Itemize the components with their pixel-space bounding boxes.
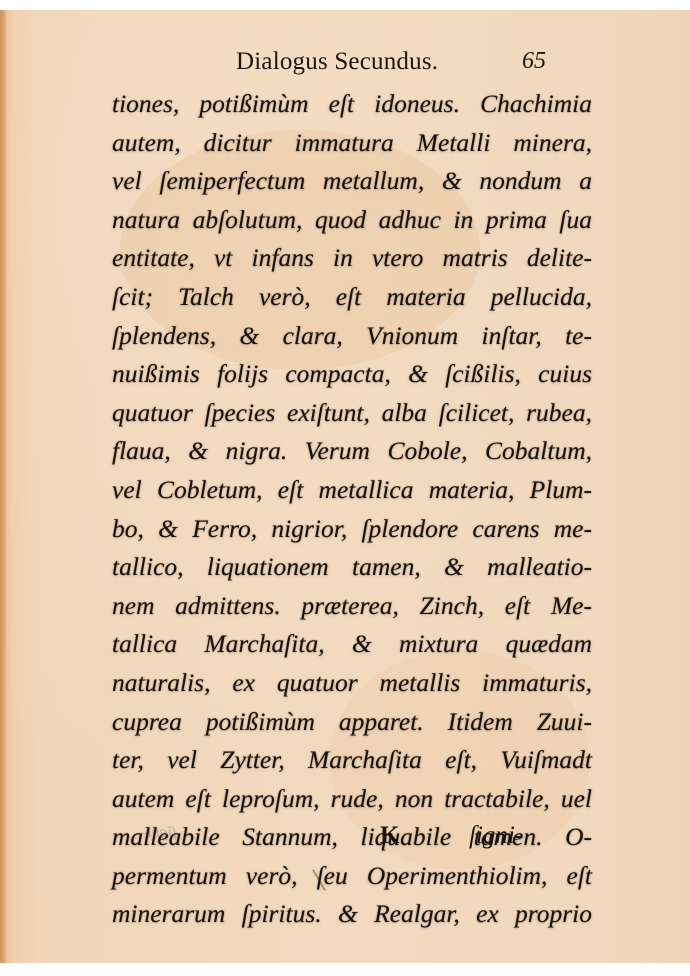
text-line: vel Cobletum, eſt metallica materia, Plu… xyxy=(112,471,592,510)
text-line: autem, dicitur immatura Metalli minera, xyxy=(112,124,592,163)
text-line: minerarum ſpiritus. & Realgar, ex propri… xyxy=(112,895,592,934)
text-line: tallico, liquationem tamen, & malleatio- xyxy=(112,548,592,587)
page-number: 65 xyxy=(522,48,546,75)
text-line: tiones, potißimùm eſt idoneus. Chachimia xyxy=(112,85,592,124)
text-line: ſcit; Talch verò, eſt materia pellucida, xyxy=(112,278,592,317)
text-line: nem admittens. præterea, Zinch, eſt Me- xyxy=(112,587,592,626)
text-line: nuißimis folijs compacta, & ſcißilis, cu… xyxy=(112,355,592,394)
body-text: tiones, potißimùm eſt idoneus. Chachimia… xyxy=(112,85,592,934)
text-line: permentum verò, ſeu Operimenthiolim, eſt xyxy=(112,857,592,896)
bleed-through-text: ſigni- xyxy=(142,824,177,842)
text-line: autem eſt leproſum, rude, non tractabile… xyxy=(112,780,592,819)
text-line: flaua, & nigra. Verum Cobole, Cobaltum, xyxy=(112,432,592,471)
catchword: ſigni- xyxy=(469,822,523,850)
book-page: Dialogus Secundus. 65 tiones, potißimùm … xyxy=(0,10,690,963)
text-line: tallica Marchaſita, & mixtura quædam xyxy=(112,625,592,664)
text-line: ter, vel Zytter, Marchaſita eſt, Vuiſmad… xyxy=(112,741,592,780)
text-line: ſplendens, & clara, Vnionum inſtar, te- xyxy=(112,317,592,356)
text-line: naturalis, ex quatuor metallis immaturis… xyxy=(112,664,592,703)
running-head: Dialogus Secundus. xyxy=(236,48,438,76)
signature-mark: K xyxy=(380,822,399,850)
text-line: entitate, vt infans in vtero matris deli… xyxy=(112,239,592,278)
text-line: bo, & Ferro, nigrior, ſplendore carens m… xyxy=(112,510,592,549)
text-line: cuprea potißimùm apparet. Itidem Zuui- xyxy=(112,703,592,742)
page-footer: ſigni- K ſigni- xyxy=(112,822,592,858)
text-line: quatuor ſpecies exiſtunt, alba ſcilicet,… xyxy=(112,394,592,433)
text-line: natura abſolutum, quod adhuc in prima ſu… xyxy=(112,201,592,240)
text-line: vel ſemiperfectum metallum, & nondum a xyxy=(112,162,592,201)
